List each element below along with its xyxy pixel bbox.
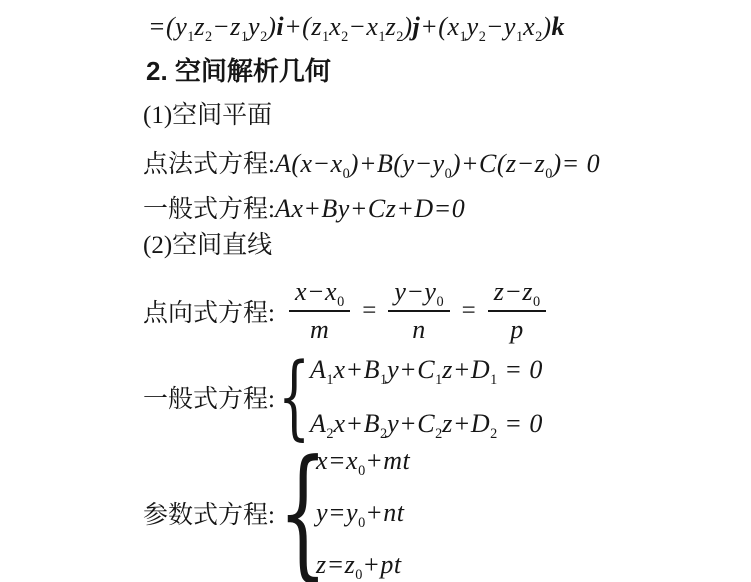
fraction-y-numerator: y−y0 (388, 277, 449, 312)
cross-product-formula: =(y1z2−z1y2)i+(z1x2−x1z2)j+(x1y2−y1x2)k (148, 12, 565, 42)
parametric-system: 参数式方程: { x=x0+mt y=y0+nt z=z0+pt (143, 450, 410, 576)
equals-sign-2: = (462, 297, 476, 325)
general-line-system: 一般式方程: { A1x+B1y+C1z+D1 = 0 A2x+B2y+C2z+… (143, 354, 543, 440)
formula-segment-1: =(y1z2−z1y2) (148, 12, 276, 41)
section-heading: 2. 空间解析几何 (146, 51, 331, 88)
general-line-equation-1: A1x+B1y+C1z+D1 = 0 (310, 355, 543, 385)
fraction-x-denominator: m (310, 312, 329, 345)
parametric-label: 参数式方程: (143, 495, 275, 531)
fraction-x-numerator: x−x0 (289, 277, 350, 312)
general-plane-label: 一般式方程: (143, 196, 275, 223)
subsection-plane-title: (1)空间平面 (143, 95, 272, 131)
parametric-equation-y: y=y0+nt (316, 498, 410, 528)
left-brace-icon: { (278, 442, 298, 582)
general-plane-formula: Ax+By+Cz+D=0 (275, 194, 465, 223)
vector-k: k (551, 12, 565, 41)
formula-segment-2: +(z1x2−x1z2) (284, 12, 412, 41)
fraction-y: y−y0 n (388, 277, 449, 345)
point-normal-formula: A(x−x0)+B(y−y0)+C(z−z0)= 0 (275, 149, 600, 178)
parametric-equation-z: z=z0+pt (316, 550, 410, 580)
document-page: =(y1z2−z1y2)i+(z1x2−x1z2)j+(x1y2−y1x2)k … (0, 0, 751, 582)
parametric-equation-x: x=x0+mt (316, 446, 410, 476)
point-direction-equation-line: 点向式方程: x−x0 m = y−y0 n = z−z0 p (143, 283, 548, 339)
point-direction-label: 点向式方程: (143, 293, 275, 329)
general-plane-equation-line: 一般式方程:Ax+By+Cz+D=0 (143, 189, 465, 225)
general-line-label: 一般式方程: (143, 379, 275, 415)
fraction-x: x−x0 m (289, 277, 350, 345)
fraction-z-numerator: z−z0 (488, 277, 546, 312)
subsection-line-title: (2)空间直线 (143, 225, 272, 261)
general-line-equations: A1x+B1y+C1z+D1 = 0 A2x+B2y+C2z+D2 = 0 (310, 355, 543, 439)
point-normal-equation-line: 点法式方程:A(x−x0)+B(y−y0)+C(z−z0)= 0 (143, 144, 600, 180)
parametric-equations: x=x0+mt y=y0+nt z=z0+pt (316, 446, 410, 580)
fraction-y-denominator: n (412, 312, 426, 345)
point-normal-label: 点法式方程: (143, 151, 275, 178)
formula-segment-3: +(x1y2−y1x2) (420, 12, 551, 41)
general-line-equation-2: A2x+B2y+C2z+D2 = 0 (310, 409, 543, 439)
equals-sign-1: = (362, 297, 376, 325)
vector-i: i (276, 12, 284, 41)
fraction-z: z−z0 p (488, 277, 546, 345)
fraction-z-denominator: p (510, 312, 524, 345)
